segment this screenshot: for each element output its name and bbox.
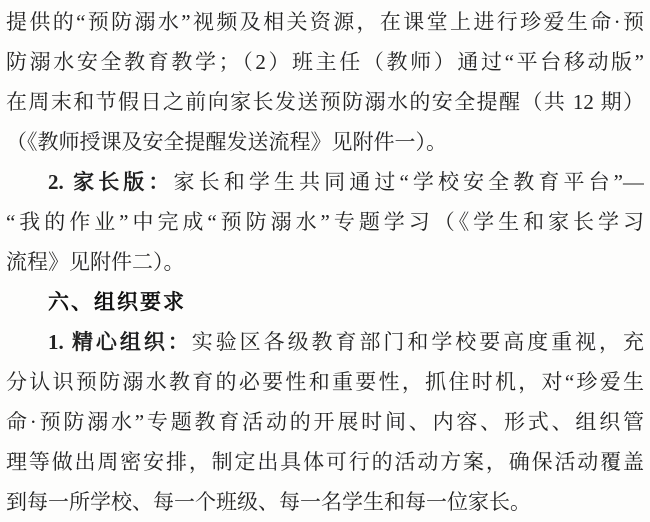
- line-text: 提供的“预防溺水”视频及相关资源，在课堂上进行珍爱生命·预: [6, 10, 644, 34]
- text-line: 提供的“预防溺水”视频及相关资源，在课堂上进行珍爱生命·预: [6, 2, 644, 42]
- line-bold-lead: 1. 精心组织：: [48, 330, 192, 354]
- text-line: 命·预防溺水”专题教育活动的开展时间、内容、形式、组织管: [6, 402, 644, 442]
- line-text: 命·预防溺水”专题教育活动的开展时间、内容、形式、组织管: [6, 410, 644, 434]
- text-line-paragraph-start: 2. 家长版：家长和学生共同通过“学校安全教育平台”—: [6, 162, 644, 202]
- text-line: 流程》见附件二）。: [6, 242, 644, 282]
- heading-text: 六、组织要求: [48, 291, 186, 314]
- text-line: 理等做出周密安排，制定出具体可行的活动方案，确保活动覆盖: [6, 442, 644, 482]
- line-text: 到每一所学校、每一个班级、每一名学生和每一位家长。: [6, 490, 531, 514]
- line-text: 理等做出周密安排，制定出具体可行的活动方案，确保活动覆盖: [6, 450, 644, 474]
- text-line: “我的作业”中完成“预防溺水”专题学习（《学生和家长学习: [6, 202, 644, 242]
- line-bold-lead: 2. 家长版：: [48, 170, 174, 194]
- section-heading: 六、组织要求: [6, 282, 644, 322]
- text-line: （《教师授课及安全提醒发送流程》见附件一）。: [6, 122, 644, 162]
- line-text: “我的作业”中完成“预防溺水”专题学习（《学生和家长学习: [6, 210, 644, 234]
- text-line-paragraph-start: 1. 精心组织：实验区各级教育部门和学校要高度重视，充: [6, 322, 644, 362]
- line-text: 分认识预防溺水教育的必要性和重要性，抓住时机，对“珍爱生: [6, 370, 644, 394]
- line-text: 家长和学生共同通过“学校安全教育平台”—: [174, 170, 644, 194]
- document-page: 提供的“预防溺水”视频及相关资源，在课堂上进行珍爱生命·预 防溺水安全教育教学；…: [0, 0, 650, 522]
- text-line: 分认识预防溺水教育的必要性和重要性，抓住时机，对“珍爱生: [6, 362, 644, 402]
- line-text: 防溺水安全教育教学；（2）班主任（教师）通过“平台移动版”: [6, 50, 644, 74]
- line-text: （《教师授课及安全提醒发送流程》见附件一）。: [6, 130, 447, 154]
- line-text: 流程》见附件二）。: [6, 250, 185, 274]
- text-line: 在周末和节假日之前向家长发送预防溺水的安全提醒（共 12 期）: [6, 82, 644, 122]
- line-text: 在周末和节假日之前向家长发送预防溺水的安全提醒（共 12 期）: [6, 90, 644, 114]
- text-line: 到每一所学校、每一个班级、每一名学生和每一位家长。: [6, 482, 644, 522]
- text-line: 防溺水安全教育教学；（2）班主任（教师）通过“平台移动版”: [6, 42, 644, 82]
- line-text: 实验区各级教育部门和学校要高度重视，充: [192, 330, 644, 354]
